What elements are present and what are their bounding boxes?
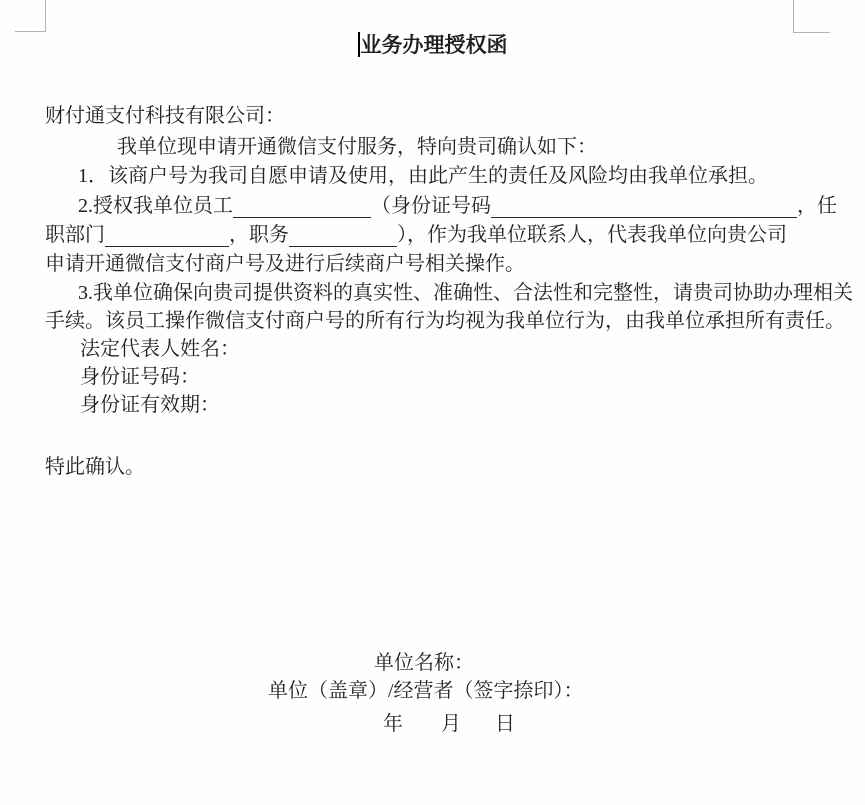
document-title-line: 业务办理授权函 <box>0 32 865 58</box>
company-name-label: 单位名称： <box>374 651 474 675</box>
document-page: 业务办理授权函 财付通支付科技有限公司： 我单位现申请开通微信支付服务，特向贵司… <box>0 0 865 805</box>
intro-line: 我单位现申请开通微信支付服务，特向贵司确认如下： <box>117 135 597 159</box>
date-day-label: 日 <box>495 713 515 735</box>
clause2-id-label: （身份证号码 <box>371 195 491 217</box>
date-month-label: 月 <box>441 713 461 735</box>
clause2-department-label: 职部门 <box>45 224 105 246</box>
legal-rep-name-label: 法定代表人姓名： <box>80 337 240 361</box>
clause2-line2: 职部门，职务），作为我单位联系人，代表我单位向贵公司 <box>45 223 787 247</box>
margin-mark-top-left-vertical <box>45 0 46 31</box>
clause2-position-label: ，职务 <box>229 224 289 246</box>
date-line: 年月日 <box>383 712 515 736</box>
clause3-line1: 3.我单位确保向贵司提供资料的真实性、准确性、合法性和完整性，请贵司协助办理相关 <box>78 281 853 305</box>
salutation-line: 财付通支付科技有限公司： <box>45 104 285 128</box>
confirmation-line: 特此确认。 <box>45 455 145 479</box>
blank-department[interactable] <box>105 226 229 247</box>
seal-sign-label: 单位（盖章）/经营者（签字捺印）： <box>268 679 584 703</box>
clause2-line1: 2.授权我单位员工（身份证号码，任 <box>78 194 837 218</box>
id-number-label: 身份证号码： <box>80 365 200 389</box>
clause2-employee-label: 2.授权我单位员工 <box>78 195 233 217</box>
clause2-line3: 申请开通微信支付商户号及进行后续商户号相关操作。 <box>45 252 525 276</box>
clause2-line2-tail: ），作为我单位联系人，代表我单位向贵公司 <box>397 224 787 246</box>
margin-mark-top-right-vertical <box>793 0 794 32</box>
date-year-label: 年 <box>383 713 403 735</box>
text-cursor <box>358 32 360 57</box>
clause1-line: 1．该商户号为我司自愿申请及使用，由此产生的责任及风险均由我单位承担。 <box>78 164 768 188</box>
clause3-line2: 手续。该员工操作微信支付商户号的所有行为均视为我单位行为，由我单位承担所有责任。 <box>45 309 845 333</box>
blank-id-number[interactable] <box>491 197 797 218</box>
id-validity-label: 身份证有效期： <box>80 393 220 417</box>
blank-position[interactable] <box>289 226 397 247</box>
document-title: 业务办理授权函 <box>361 33 508 57</box>
blank-employee-name[interactable] <box>233 197 371 218</box>
clause2-line1-tail: ，任 <box>797 195 837 217</box>
